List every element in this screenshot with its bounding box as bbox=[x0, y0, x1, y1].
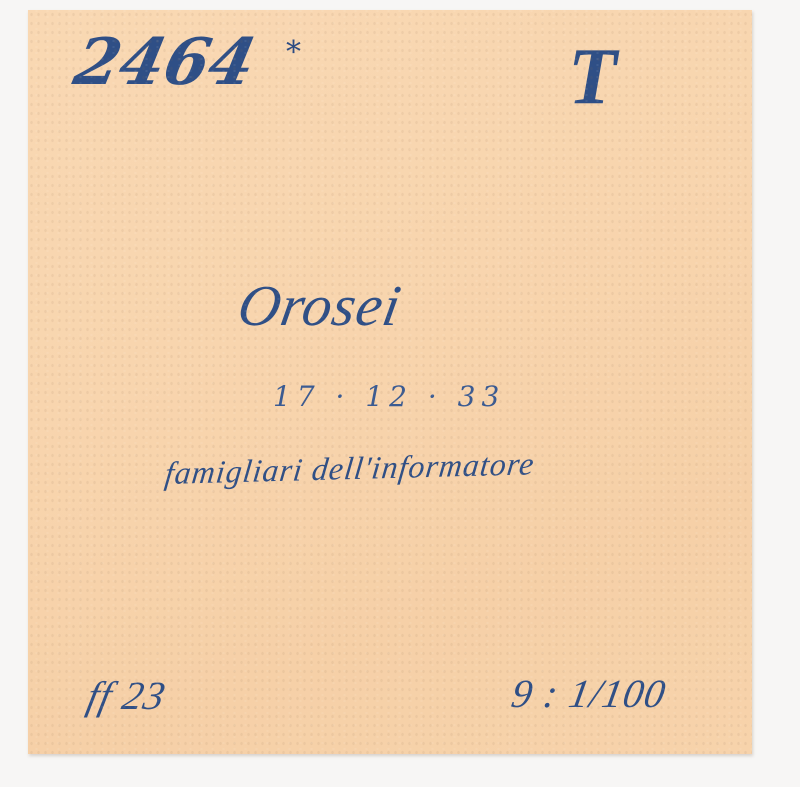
reference-right: 9 : 1/100 bbox=[508, 670, 670, 717]
catalog-number: 2464 bbox=[68, 25, 262, 100]
star-mark-icon: * bbox=[286, 35, 302, 70]
class-letter: T bbox=[568, 32, 618, 123]
place-name: Orosei bbox=[233, 272, 407, 339]
archival-index-card: 2464 * T Orosei 17 · 12 · 33 famigliari … bbox=[28, 10, 752, 754]
description: famigliari dell'informatore bbox=[163, 445, 537, 492]
reference-left: ff 23 bbox=[83, 672, 170, 719]
date: 17 · 12 · 33 bbox=[273, 380, 505, 413]
